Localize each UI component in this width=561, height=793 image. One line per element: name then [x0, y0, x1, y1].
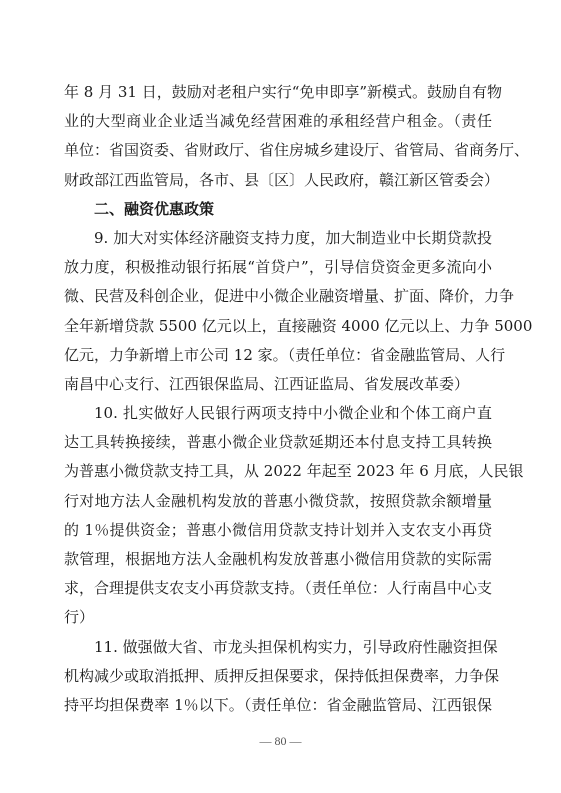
paragraph-line: 微、民营及科创企业，促进中小微企业融资增量、扩面、降价，力争	[64, 282, 492, 311]
paragraph-line: 款管理，根据地方法人金融机构发放普惠小微信用贷款的实际需	[64, 545, 492, 574]
paragraph-line: 为普惠小微贷款支持工具，从 2022 年起至 2023 年 6 月底，人民银	[64, 457, 492, 486]
item-10-first-line: 10. 扎实做好人民银行两项支持中小微企业和个体工商户直	[64, 399, 492, 428]
paragraph-line: 行）	[64, 603, 492, 632]
paragraph-line: 亿元，力争新增上市公司 12 家。（责任单位：省金融监管局、人行	[64, 341, 492, 370]
section-heading: 二、融资优惠政策	[64, 195, 492, 224]
document-page: 年 8 月 31 日，鼓励对老租户实行“免申即享”新模式。鼓励自有物 业的大型商…	[0, 0, 561, 793]
paragraph-line: 机构减少或取消抵押、质押反担保要求，保持低担保费率，力争保	[64, 662, 492, 691]
paragraph-line: 持平均担保费率 1％以下。（责任单位：省金融监管局、江西银保	[64, 691, 492, 720]
paragraph-line: 求，合理提供支农支小再贷款支持。（责任单位：人行南昌中心支	[64, 574, 492, 603]
paragraph-line: 达工具转换接续，普惠小微企业贷款延期还本付息支持工具转换	[64, 428, 492, 457]
page-number: — 80 —	[0, 734, 561, 749]
paragraph-line: 放力度，积极推动银行拓展“首贷户”，引导信贷资金更多流向小	[64, 253, 492, 282]
item-11-first-line: 11. 做强做大省、市龙头担保机构实力，引导政府性融资担保	[64, 633, 492, 662]
paragraph-line: 财政部江西监管局，各市、县〔区〕人民政府，赣江新区管委会）	[64, 166, 492, 195]
paragraph-line: 全年新增贷款 5500 亿元以上，直接融资 4000 亿元以上、力争 5000	[64, 312, 492, 341]
body-text: 年 8 月 31 日，鼓励对老租户实行“免申即享”新模式。鼓励自有物 业的大型商…	[64, 78, 492, 720]
paragraph-line: 年 8 月 31 日，鼓励对老租户实行“免申即享”新模式。鼓励自有物	[64, 78, 492, 107]
paragraph-line: 业的大型商业企业适当减免经营困难的承租经营户租金。（责任	[64, 107, 492, 136]
item-9-first-line: 9. 加大对实体经济融资支持力度，加大制造业中长期贷款投	[64, 224, 492, 253]
paragraph-line: 南昌中心支行、江西银保监局、江西证监局、省发展改革委）	[64, 370, 492, 399]
paragraph-line: 单位：省国资委、省财政厅、省住房城乡建设厅、省管局、省商务厅、	[64, 136, 492, 165]
paragraph-line: 行对地方法人金融机构发放的普惠小微贷款，按照贷款余额增量	[64, 487, 492, 516]
paragraph-line: 的 1％提供资金；普惠小微信用贷款支持计划并入支农支小再贷	[64, 516, 492, 545]
